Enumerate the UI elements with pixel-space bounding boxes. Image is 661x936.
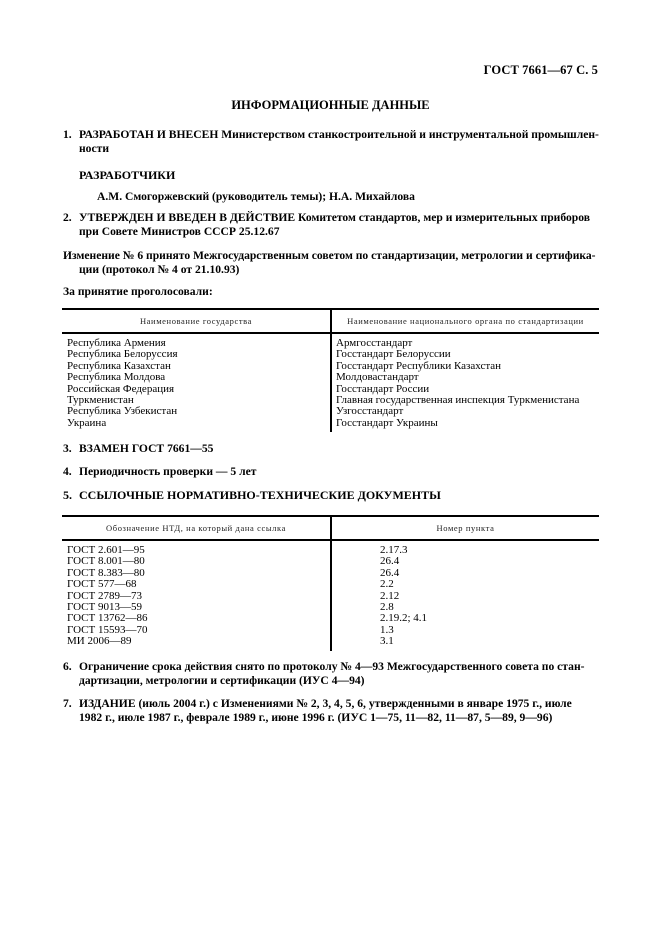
section-7-line1: ИЗДАНИЕ (июль 2004 г.) с Изменениями № 2… <box>79 697 572 710</box>
developers-list: А.М. Смогоржевский (руководитель темы); … <box>97 190 637 204</box>
section-1-line2: ности <box>63 142 603 156</box>
section-2-line1: УТВЕРЖДЕН И ВВЕДЕН В ДЕЙСТВИЕ Комитетом … <box>79 211 590 224</box>
table-cell: Республика Узбекистан <box>67 406 330 417</box>
table-cell: 2.12 <box>380 591 599 602</box>
table-cell: МИ 2006—89 <box>67 636 330 647</box>
section-1: 1.РАЗРАБОТАН И ВНЕСЕН Министерством стан… <box>63 128 603 156</box>
column-header-state: Наименование государства <box>62 310 330 332</box>
document-column: ГОСТ 2.601—95 ГОСТ 8.001—80 ГОСТ 8.383—8… <box>62 541 330 651</box>
table-header: Наименование государства Наименование на… <box>62 310 599 334</box>
table-header: Обозначение НТД, на который дана ссылка … <box>62 517 599 541</box>
table-cell: 26.4 <box>380 568 599 579</box>
references-table: Обозначение НТД, на который дана ссылка … <box>62 515 599 651</box>
table-cell: 2.19.2; 4.1 <box>380 613 599 624</box>
table-cell: Госстандарт Украины <box>336 418 599 429</box>
table-cell: 1.3 <box>380 625 599 636</box>
section-2: 2.УТВЕРЖДЕН И ВВЕДЕН В ДЕЙСТВИЕ Комитето… <box>63 211 603 239</box>
section-number: 1. <box>63 128 79 142</box>
voted-label: За принятие проголосовали: <box>63 285 603 299</box>
column-header-clause: Номер пункта <box>330 517 599 539</box>
table-cell: 2.17.3 <box>380 545 599 556</box>
amendment-note: Изменение № 6 принято Межгосударственным… <box>63 249 603 277</box>
section-4: 4.Периодичность проверки — 5 лет <box>63 465 603 479</box>
page-header: ГОСТ 7661—67 С. 5 <box>484 63 598 78</box>
table-cell: 2.2 <box>380 579 599 590</box>
clause-column: 2.17.3 26.4 26.4 2.2 2.12 2.8 2.19.2; 4.… <box>330 541 599 651</box>
amendment-line2: ции (протокол № 4 от 21.10.93) <box>63 263 603 277</box>
section-7: 7.ИЗДАНИЕ (июль 2004 г.) с Изменениями №… <box>63 697 603 725</box>
section-5-text: ССЫЛОЧНЫЕ НОРМАТИВНО-ТЕХНИЧЕСКИЕ ДОКУМЕН… <box>79 488 441 502</box>
table-cell: Украина <box>67 418 330 429</box>
agency-column: Армгосстандарт Госстандарт Белоруссии Го… <box>330 334 599 432</box>
section-number: 4. <box>63 465 79 479</box>
state-column: Республика Армения Республика Белоруссия… <box>62 334 330 432</box>
section-number: 3. <box>63 442 79 456</box>
section-number: 7. <box>63 697 79 711</box>
table-body: ГОСТ 2.601—95 ГОСТ 8.001—80 ГОСТ 8.383—8… <box>62 541 599 651</box>
table-cell: 26.4 <box>380 556 599 567</box>
table-body: Республика Армения Республика Белоруссия… <box>62 334 599 432</box>
voting-table: Наименование государства Наименование на… <box>62 308 599 432</box>
document-title: ИНФОРМАЦИОННЫЕ ДАННЫЕ <box>0 98 661 113</box>
column-header-agency: Наименование национального органа по ста… <box>330 310 599 332</box>
developers-heading: РАЗРАБОТЧИКИ <box>79 168 619 182</box>
section-4-text: Периодичность проверки — 5 лет <box>79 465 256 478</box>
table-cell: Молдовастандарт <box>336 372 599 383</box>
section-number: 2. <box>63 211 79 225</box>
section-6: 6.Ограничение срока действия снято по пр… <box>63 660 603 688</box>
section-1-line1: РАЗРАБОТАН И ВНЕСЕН Министерством станко… <box>79 128 599 141</box>
amendment-line1: Изменение № 6 принято Межгосударственным… <box>63 249 603 263</box>
section-6-line1: Ограничение срока действия снято по прот… <box>79 660 584 673</box>
column-header-document: Обозначение НТД, на который дана ссылка <box>62 517 330 539</box>
section-6-line2: дартизации, метрологии и сертификации (И… <box>63 674 603 688</box>
section-7-line2: 1982 г., июле 1987 г., феврале 1989 г., … <box>63 711 603 725</box>
section-number: 5. <box>63 488 79 502</box>
table-cell: ГОСТ 577—68 <box>67 579 330 590</box>
section-2-line2: при Совете Министров СССР 25.12.67 <box>63 225 603 239</box>
section-number: 6. <box>63 660 79 674</box>
section-5: 5.ССЫЛОЧНЫЕ НОРМАТИВНО-ТЕХНИЧЕСКИЕ ДОКУМ… <box>63 488 603 502</box>
table-cell: Республика Молдова <box>67 372 330 383</box>
section-3: 3.ВЗАМЕН ГОСТ 7661—55 <box>63 442 603 456</box>
section-3-text: ВЗАМЕН ГОСТ 7661—55 <box>79 442 213 455</box>
table-cell: 3.1 <box>380 636 599 647</box>
